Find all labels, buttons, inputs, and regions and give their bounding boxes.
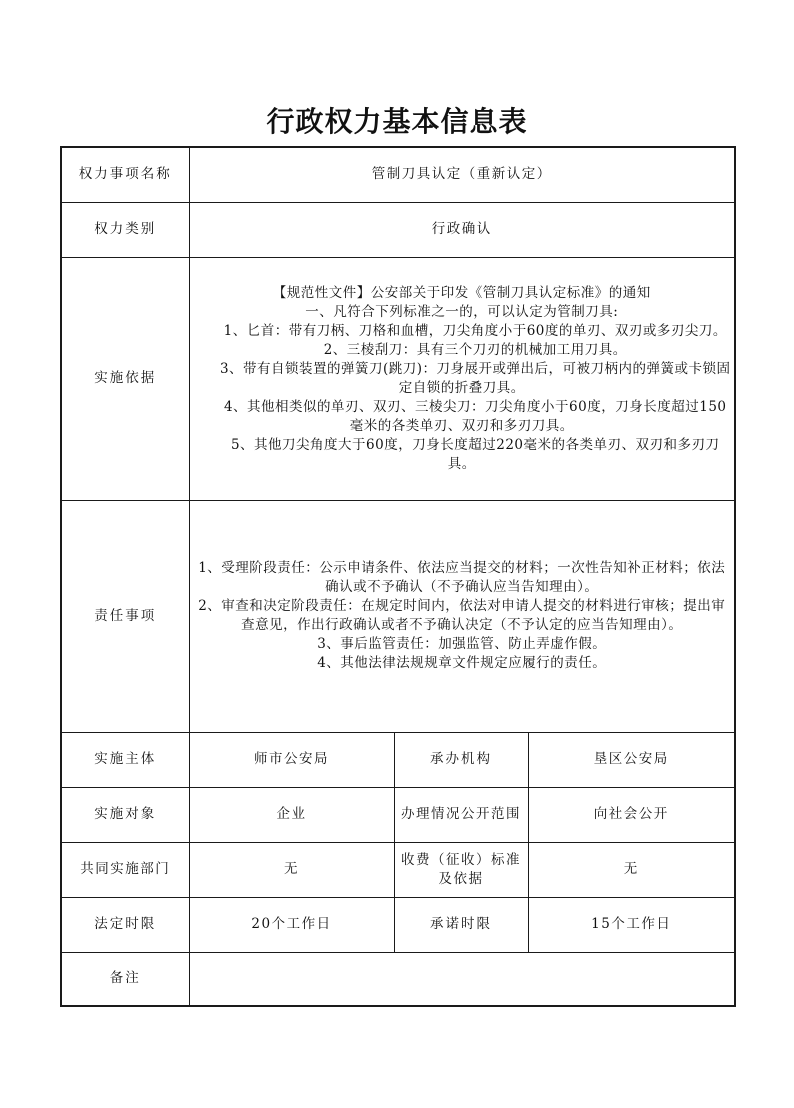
basis-content: 【规范性文件】公安部关于印发《管制刀具认定标准》的通知 一、凡符合下列标准之一的…: [189, 257, 735, 500]
statutory-limit-label: 法定时限: [61, 897, 189, 952]
target-label: 实施对象: [61, 787, 189, 842]
row-power-category: 权力类别 行政确认: [61, 202, 735, 257]
promised-limit-value: 15个工作日: [528, 897, 735, 952]
fee-standard-label: 收费（征收）标准及依据: [394, 842, 528, 897]
power-category-label: 权力类别: [61, 202, 189, 257]
basis-line: 3、带有自锁装置的弹簧刀(跳刀)：刀身展开或弹出后，可被刀柄内的弹簧或卡锁固定自…: [193, 360, 732, 398]
row-target: 实施对象 企业 办理情况公开范围 向社会公开: [61, 787, 735, 842]
responsibility-line: 4、其他法律法规规章文件规定应履行的责任。: [193, 654, 732, 673]
row-time-limits: 法定时限 20个工作日 承诺时限 15个工作日: [61, 897, 735, 952]
implementing-body-label: 实施主体: [61, 732, 189, 787]
row-implementing-body: 实施主体 师市公安局 承办机构 垦区公安局: [61, 732, 735, 787]
handling-agency-value: 垦区公安局: [528, 732, 735, 787]
statutory-limit-value: 20个工作日: [189, 897, 394, 952]
joint-departments-value: 无: [189, 842, 394, 897]
row-power-name: 权力事项名称 管制刀具认定（重新认定）: [61, 147, 735, 202]
responsibility-line: 3、事后监管责任：加强监管、防止弄虚作假。: [193, 635, 732, 654]
basis-line: 4、其他相类似的单刃、双刃、三棱尖刀：刀尖角度小于60度，刀身长度超过150毫米…: [193, 398, 732, 436]
disclosure-scope-label: 办理情况公开范围: [394, 787, 528, 842]
basis-line: 2、三棱刮刀：具有三个刀刃的机械加工用刀具。: [193, 341, 732, 360]
responsibility-line: 2、审查和决定阶段责任：在规定时间内，依法对申请人提交的材料进行审核；提出审查意…: [193, 597, 732, 635]
target-value: 企业: [189, 787, 394, 842]
disclosure-scope-value: 向社会公开: [528, 787, 735, 842]
implementing-body-value: 师市公安局: [189, 732, 394, 787]
fee-standard-value: 无: [528, 842, 735, 897]
power-category-value: 行政确认: [189, 202, 735, 257]
basis-line: 5、其他刀尖角度大于60度，刀身长度超过220毫米的各类单刃、双刃和多刃刀具。: [193, 436, 732, 474]
remarks-value: [189, 952, 735, 1006]
power-name-value: 管制刀具认定（重新认定）: [189, 147, 735, 202]
power-name-label: 权力事项名称: [61, 147, 189, 202]
promised-limit-label: 承诺时限: [394, 897, 528, 952]
basis-line: 【规范性文件】公安部关于印发《管制刀具认定标准》的通知: [193, 284, 732, 303]
document-title: 行政权力基本信息表: [0, 100, 794, 140]
handling-agency-label: 承办机构: [394, 732, 528, 787]
row-basis: 实施依据 【规范性文件】公安部关于印发《管制刀具认定标准》的通知 一、凡符合下列…: [61, 257, 735, 500]
responsibility-line: 1、受理阶段责任：公示申请条件、依法应当提交的材料；一次性告知补正材料；依法确认…: [193, 559, 732, 597]
row-responsibilities: 责任事项 1、受理阶段责任：公示申请条件、依法应当提交的材料；一次性告知补正材料…: [61, 500, 735, 732]
basis-line: 1、匕首：带有刀柄、刀格和血槽，刀尖角度小于60度的单刃、双刃或多刃尖刀。: [193, 322, 732, 341]
basis-label: 实施依据: [61, 257, 189, 500]
responsibilities-content: 1、受理阶段责任：公示申请条件、依法应当提交的材料；一次性告知补正材料；依法确认…: [189, 500, 735, 732]
row-joint-departments: 共同实施部门 无 收费（征收）标准及依据 无: [61, 842, 735, 897]
row-remarks: 备注: [61, 952, 735, 1006]
joint-departments-label: 共同实施部门: [61, 842, 189, 897]
remarks-label: 备注: [61, 952, 189, 1006]
responsibilities-label: 责任事项: [61, 500, 189, 732]
basis-line: 一、凡符合下列标准之一的，可以认定为管制刀具:: [193, 303, 732, 322]
info-table: 权力事项名称 管制刀具认定（重新认定） 权力类别 行政确认 实施依据 【规范性文…: [60, 146, 736, 1007]
